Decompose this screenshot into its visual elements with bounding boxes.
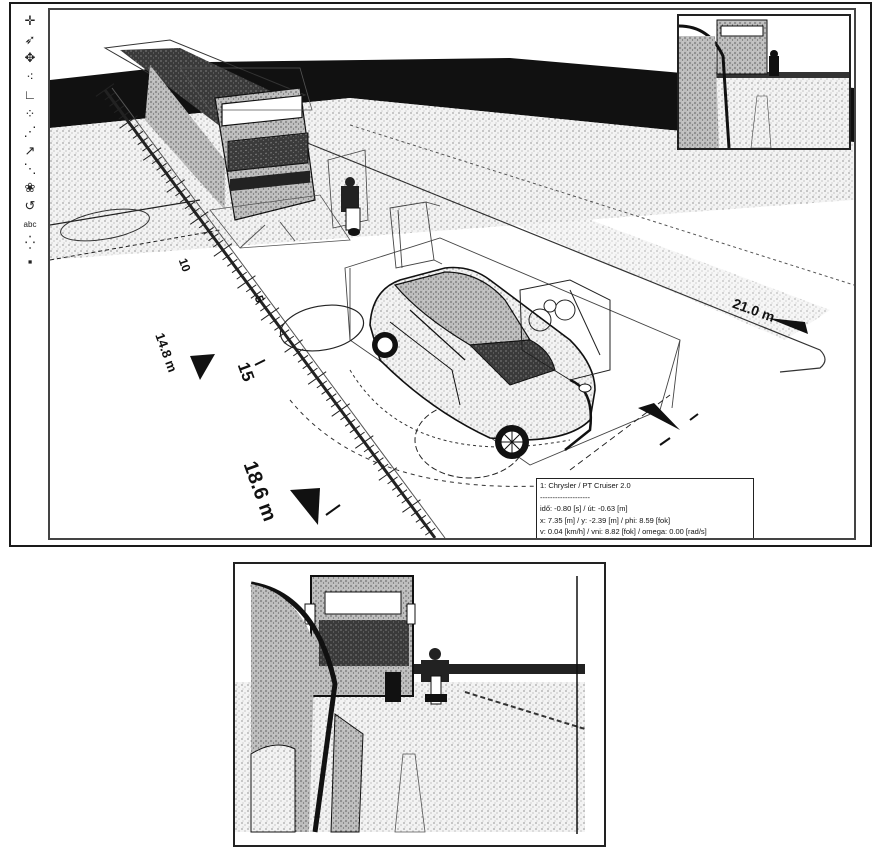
select-arrow-icon[interactable]: ➶ [19, 31, 41, 49]
info-separator: -------------------- [540, 492, 750, 504]
rotate-icon[interactable]: ↺ [19, 197, 41, 215]
left-toolbar: ✛➶✥⁖∟⁘⋰↗⋱❀↺abc⁛▪ [11, 4, 47, 545]
vehicle-name: 1: Chrysler / PT Cruiser 2.0 [540, 480, 750, 492]
dotted-line-icon[interactable]: ⋱ [19, 160, 41, 178]
inset-scene [679, 16, 849, 148]
move-tool-icon[interactable]: ✛ [19, 12, 41, 30]
inset-camera-view[interactable] [677, 14, 851, 150]
position-readout: x: 7.35 [m] / y: -2.39 [m] / phi: 8.59 [… [540, 515, 750, 527]
measure-angle-icon[interactable]: ∟ [19, 86, 41, 104]
marker-icon[interactable]: ▪ [19, 253, 41, 271]
dots-icon[interactable]: ⋰ [19, 123, 41, 141]
group-icon[interactable]: ❀ [19, 179, 41, 197]
3d-scene-viewport[interactable]: 5 10 15 14.8 m 18.6 m 21.0 m 1: Chrys [48, 8, 856, 540]
zoom-points-icon[interactable]: ⁛ [19, 234, 41, 252]
time-distance-readout: idő: -0.80 [s] / út: -0.63 [m] [540, 503, 750, 515]
driver-view-scene [235, 564, 604, 845]
vehicle-info-tooltip: 1: Chrysler / PT Cruiser 2.0 -----------… [536, 478, 754, 540]
velocity-readout: v: 0.04 [km/h] / vni: 8.82 [fok] / omega… [540, 526, 750, 538]
points-icon[interactable]: ⁖ [19, 68, 41, 86]
driver-perspective-view [233, 562, 606, 847]
simulation-window: ✛➶✥⁖∟⁘⋰↗⋱❀↺abc⁛▪ [9, 2, 872, 547]
scatter-icon[interactable]: ⁘ [19, 105, 41, 123]
pan-icon[interactable]: ✥ [19, 49, 41, 67]
arrow-tool-icon[interactable]: ↗ [19, 142, 41, 160]
text-tool-icon[interactable]: abc [19, 216, 41, 234]
